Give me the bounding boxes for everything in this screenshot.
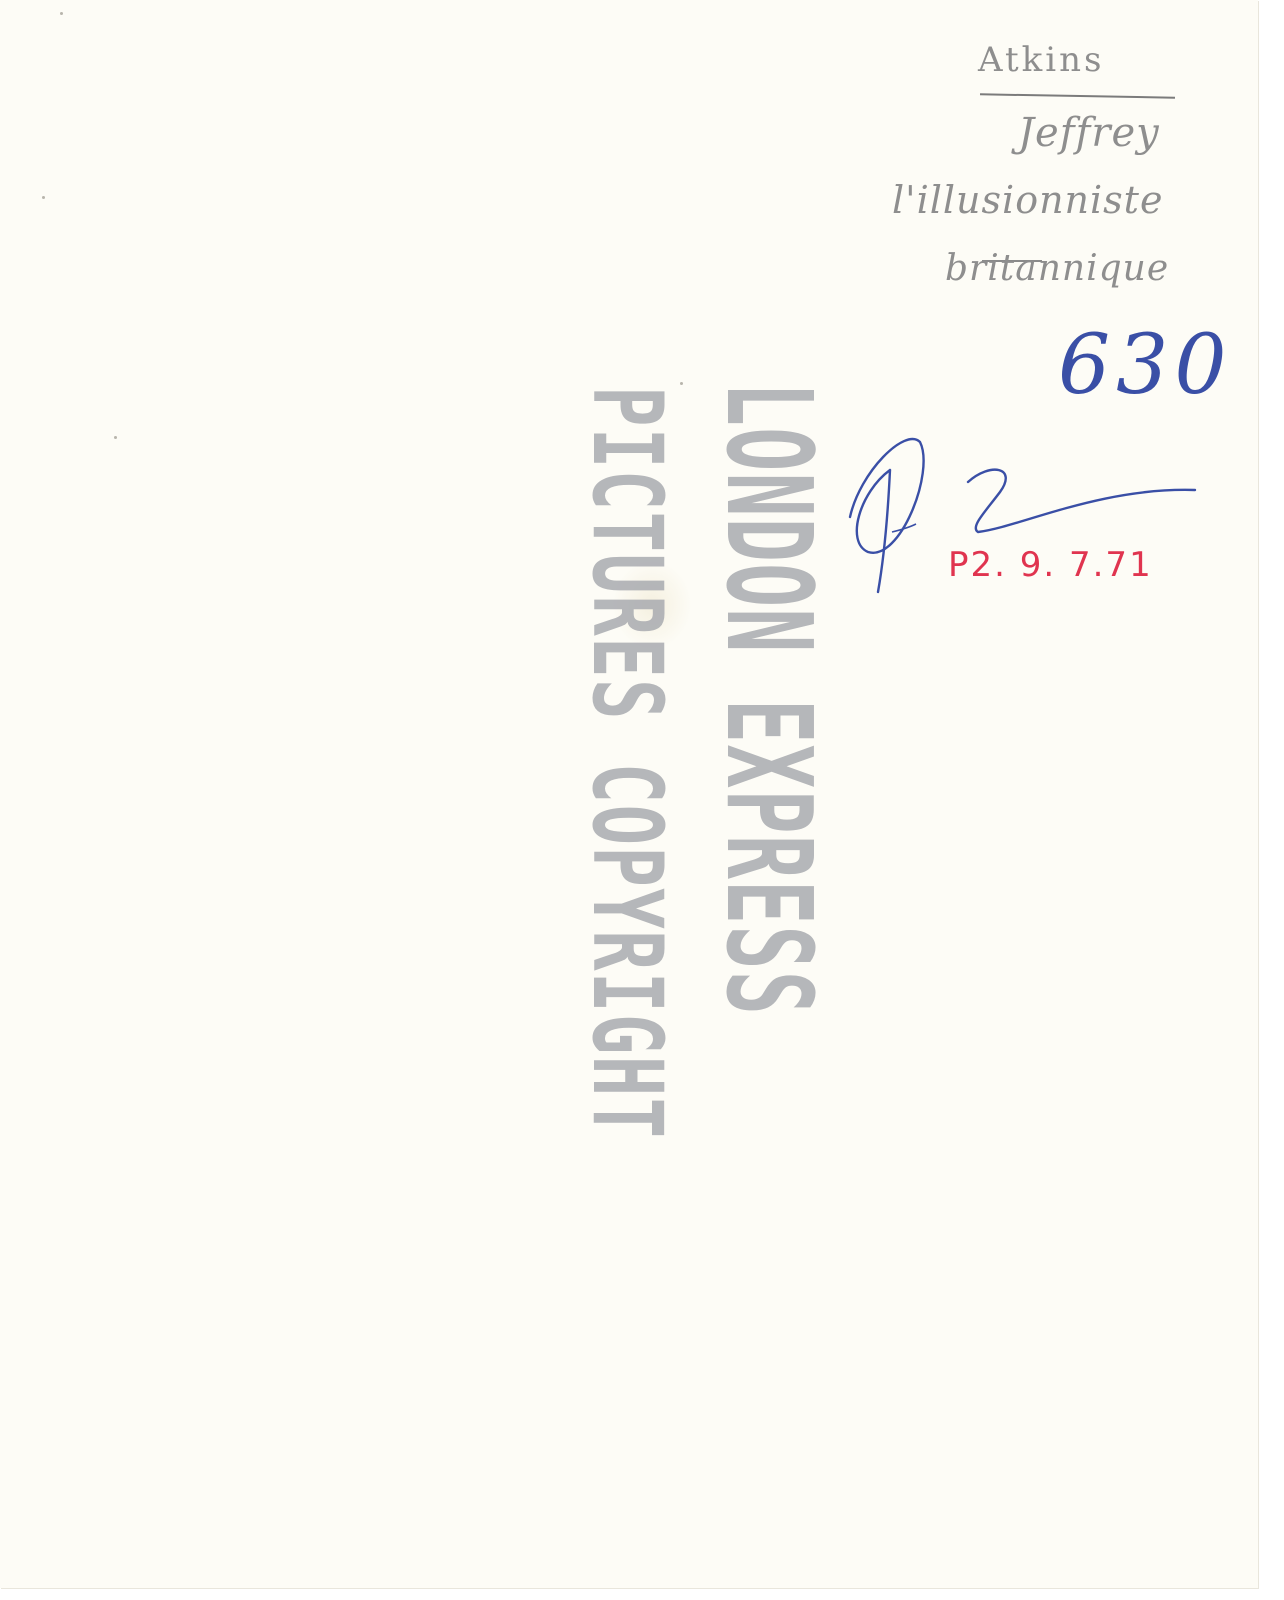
stamp-line-copyright: PICTURES COPYRIGHT xyxy=(571,386,683,1139)
pencil-description-line2: britannique xyxy=(945,248,1169,289)
paper-speck xyxy=(42,196,45,199)
paper-speck xyxy=(60,12,63,15)
red-ink-date-note: P2. 9. 7.71 xyxy=(948,545,1153,585)
blue-ink-reference-number: 630 xyxy=(1058,318,1233,413)
pencil-description-line1: l'illusionniste xyxy=(892,178,1163,222)
paper-speck xyxy=(114,436,117,439)
paper-speck xyxy=(680,382,683,385)
stamp-line-agency: LONDON EXPRESS xyxy=(700,382,838,1016)
pencil-surname: Atkins xyxy=(978,40,1104,80)
surname-underline xyxy=(980,93,1175,98)
pencil-first-name: Jeffrey xyxy=(1018,110,1160,156)
photo-verso-sheet: Atkins Jeffrey l'illusionniste britanniq… xyxy=(0,0,1258,1588)
